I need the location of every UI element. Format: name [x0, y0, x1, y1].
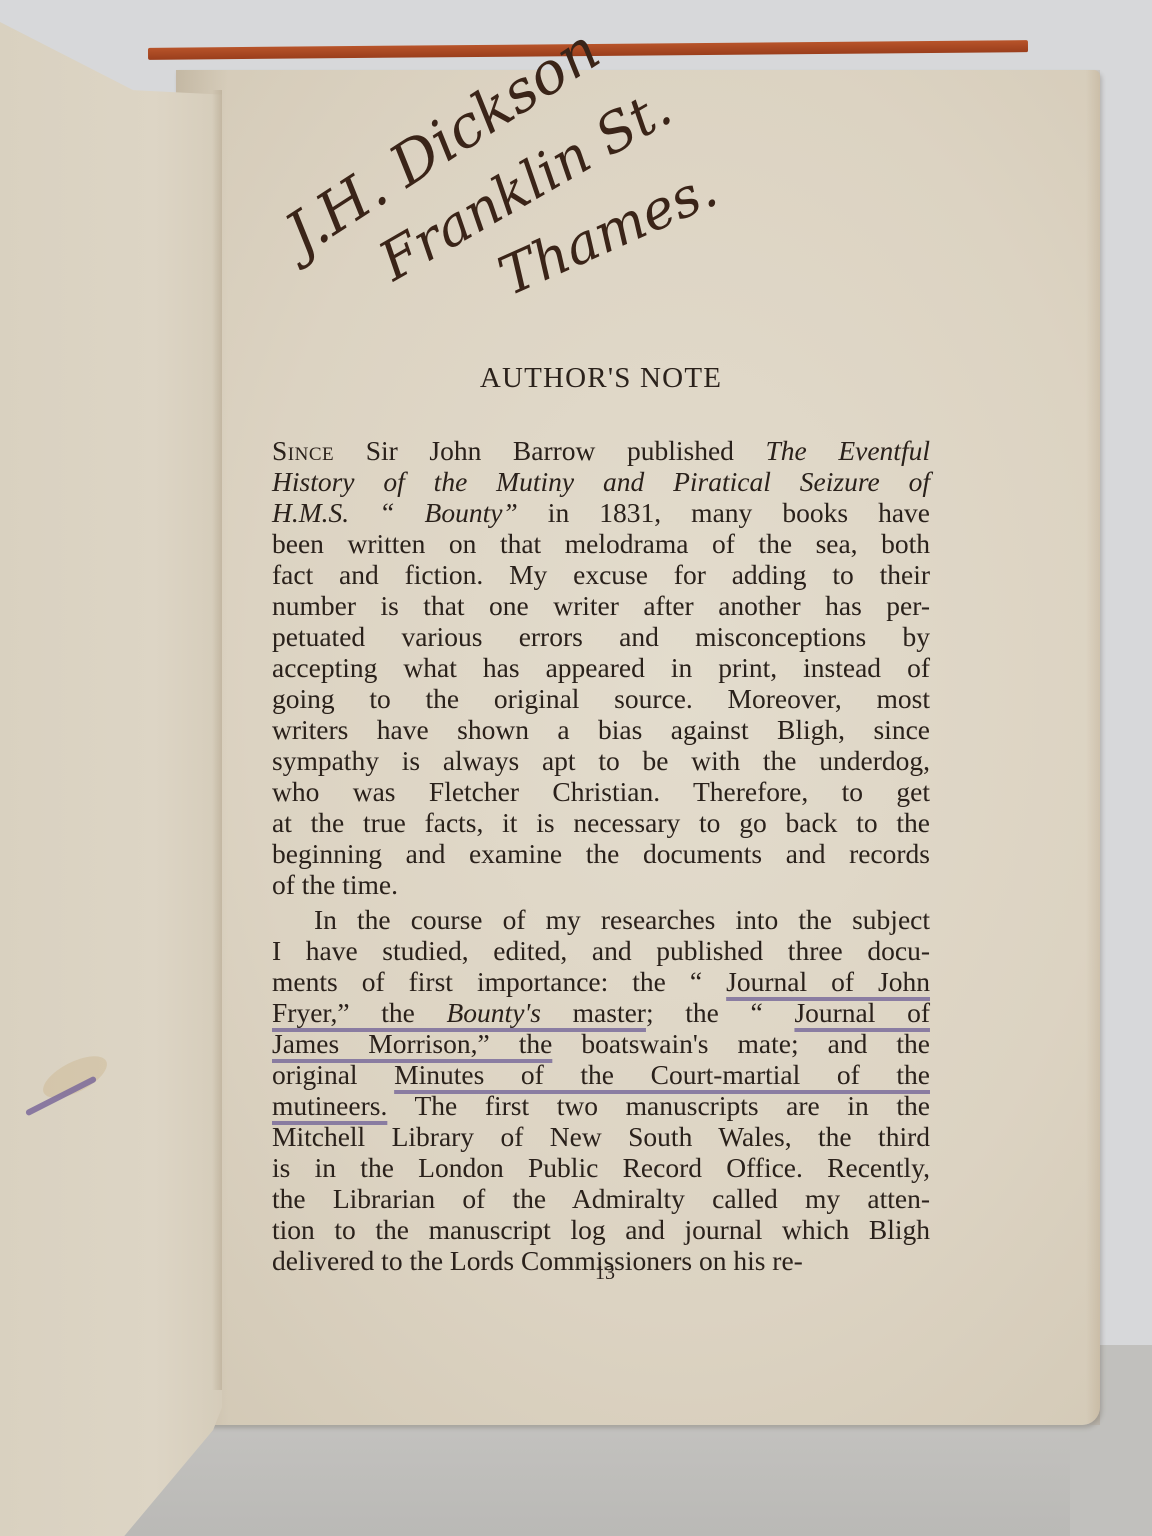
text-line: History of the Mutiny and Piratical Seiz…: [272, 466, 930, 497]
text-line: ments of first importance: the “ Journal…: [272, 966, 930, 997]
text-segment: Mitchell Library of New South Wales, the…: [272, 1121, 930, 1152]
paragraph-2: In the course of my researches into the …: [272, 904, 930, 1276]
text-line: Fryer,” the Bounty's master; the “ Journ…: [272, 997, 930, 1028]
text-line: who was Fletcher Christian. Therefore, t…: [272, 776, 930, 807]
text-line: H.M.S. “ Bounty” in 1831, many books hav…: [272, 497, 930, 528]
text-segment: is in the London Public Record Office. R…: [272, 1152, 930, 1183]
text-segment: Since: [272, 435, 334, 466]
text-segment: I have studied, edited, and published th…: [272, 935, 930, 966]
text-segment: The Eventful: [766, 435, 930, 466]
text-segment: in 1831, many books have: [518, 497, 930, 528]
text-segment: fact and fiction. My excuse for adding t…: [272, 559, 930, 590]
pencil-underlined-text: Journal of John: [726, 966, 930, 997]
text-segment: sympathy is always apt to be with the un…: [272, 745, 930, 776]
text-line: I have studied, edited, and published th…: [272, 935, 930, 966]
text-line: writers have shown a bias against Bligh,…: [272, 714, 930, 745]
page-number: 13: [585, 1262, 625, 1285]
pencil-underlined-text: mutineers.: [272, 1090, 387, 1121]
text-line: In the course of my researches into the …: [272, 904, 930, 935]
text-segment: H.M.S. “ Bounty”: [272, 497, 518, 528]
text-line: number is that one writer after another …: [272, 590, 930, 621]
text-line: mutineers. The first two manuscripts are…: [272, 1090, 930, 1121]
book-cover-edge: [148, 40, 1028, 60]
pencil-underlined-text: Fryer,” the: [272, 997, 447, 1028]
text-line: beginning and examine the documents and …: [272, 838, 930, 869]
text-segment: going to the original source. Moreover, …: [272, 683, 930, 714]
text-line: accepting what has appeared in print, in…: [272, 652, 930, 683]
text-line: fact and fiction. My excuse for adding t…: [272, 559, 930, 590]
text-line: been written on that melodrama of the se…: [272, 528, 930, 559]
pencil-underlined-text: Minutes of the Court-martial of the: [394, 1059, 930, 1090]
text-segment: who was Fletcher Christian. Therefore, t…: [272, 776, 930, 807]
text-segment: History of the Mutiny and Piratical Seiz…: [272, 466, 930, 497]
text-segment: the Librarian of the Admiralty called my…: [272, 1183, 930, 1214]
page-text: AUTHOR'S NOTE Since Sir John Barrow publ…: [272, 362, 930, 1276]
text-segment: been written on that melodrama of the se…: [272, 528, 930, 559]
text-line: original Minutes of the Court-martial of…: [272, 1059, 930, 1090]
pencil-underlined-text: James Morrison,” the: [272, 1028, 552, 1059]
page-title: AUTHOR'S NOTE: [272, 362, 930, 395]
pencil-underlined-text: Journal of: [794, 997, 930, 1028]
text-line: at the true facts, it is necessary to go…: [272, 807, 930, 838]
text-line: of the time.: [272, 869, 930, 900]
text-segment: beginning and examine the documents and …: [272, 838, 930, 869]
text-segment: petuated various errors and misconceptio…: [272, 621, 930, 652]
pencil-underlined-text: Bounty's: [447, 997, 541, 1028]
text-line: Mitchell Library of New South Wales, the…: [272, 1121, 930, 1152]
text-line: Since Sir John Barrow published The Even…: [272, 435, 930, 466]
text-segment: original: [272, 1059, 394, 1090]
text-segment: delivered to the Lords Commissioners on …: [272, 1245, 803, 1276]
text-line: sympathy is always apt to be with the un…: [272, 745, 930, 776]
text-segment: The first two manuscripts are in the: [387, 1090, 930, 1121]
text-segment: ments of first importance: the “: [272, 966, 726, 997]
text-segment: number is that one writer after another …: [272, 590, 930, 621]
text-segment: boatswain's mate; and the: [552, 1028, 930, 1059]
text-line: petuated various errors and misconceptio…: [272, 621, 930, 652]
pencil-underlined-text: master: [541, 997, 646, 1028]
text-segment: at the true facts, it is necessary to go…: [272, 807, 930, 838]
text-segment: writers have shown a bias against Bligh,…: [272, 714, 930, 745]
flyleaf-edge-shadow: [212, 90, 222, 1390]
text-segment: accepting what has appeared in print, in…: [272, 652, 930, 683]
text-line: is in the London Public Record Office. R…: [272, 1152, 930, 1183]
paragraph-1: Since Sir John Barrow published The Even…: [272, 435, 930, 900]
text-line: going to the original source. Moreover, …: [272, 683, 930, 714]
text-segment: ; the “: [646, 997, 794, 1028]
text-line: the Librarian of the Admiralty called my…: [272, 1183, 930, 1214]
text-segment: tion to the manuscript log and journal w…: [272, 1214, 930, 1245]
text-segment: Sir John Barrow published: [334, 435, 765, 466]
text-line: James Morrison,” the boatswain's mate; a…: [272, 1028, 930, 1059]
text-segment: In the course of my researches into the …: [314, 904, 930, 935]
text-line: tion to the manuscript log and journal w…: [272, 1214, 930, 1245]
text-segment: of the time.: [272, 869, 398, 900]
flyleaf-page: [0, 22, 222, 1536]
